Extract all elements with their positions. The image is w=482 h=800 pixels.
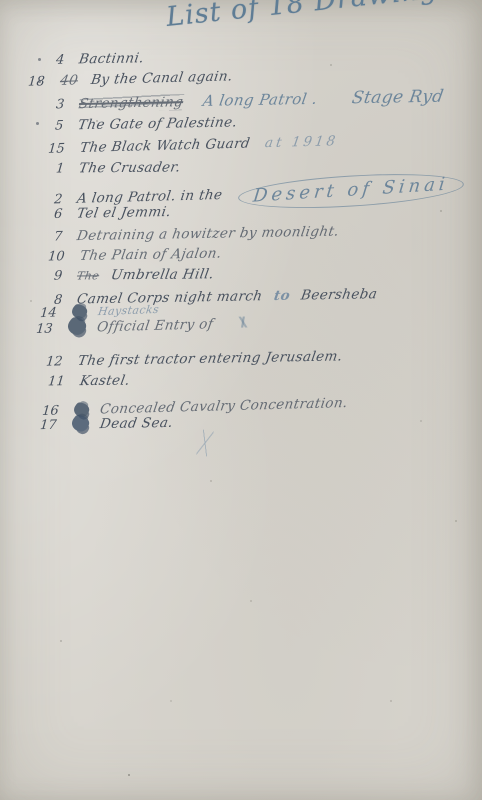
item-number: 15 (48, 141, 66, 156)
list-item: 18 40 By the Canal again. (28, 65, 233, 89)
item-number: 7 (53, 229, 63, 244)
list-item: 10 The Plain of Ajalon. (48, 242, 222, 264)
list-item: 15 The Black Watch Guard at 1918 (48, 130, 338, 157)
list-item: 7 Detraining a howitzer by moonlight. (54, 221, 340, 245)
paper-specks (0, 0, 2, 2)
item-number: 1 (55, 161, 65, 176)
item-number: 3 (55, 97, 65, 112)
item-text: The Black Watch Guard (79, 135, 251, 156)
pencil-annotation: to (273, 288, 292, 304)
list-item: 9 The Umbrella Hill. (54, 263, 214, 283)
list-item: 11 Kastel. (48, 370, 130, 390)
item-text: The Gate of Palestine. (77, 114, 239, 133)
item-number: 11 (47, 374, 65, 389)
item-text: Kastel. (78, 373, 131, 389)
pencil-circle: Desert of Sinai (237, 169, 464, 214)
illegible-scrawl (226, 316, 260, 328)
list-item: 1 The Crusader. (56, 156, 181, 176)
list-item: 17 Dead Sea. (40, 412, 173, 433)
list-item: 6 Tel el Jemmi. (54, 201, 172, 222)
item-text: Beersheba (300, 286, 379, 303)
item-number: 12 (45, 354, 63, 369)
item-number: 5 (54, 118, 64, 133)
pencil-scribble (196, 429, 213, 457)
ink-dot (36, 122, 39, 125)
pencil-annotation: A long Patrol . (201, 90, 318, 110)
list-item: 4 Bactinni. (56, 47, 145, 68)
page-title: List of 18 Drawings (165, 0, 482, 33)
struck-text: 40 (59, 72, 79, 89)
item-text: Dead Sea. (98, 415, 174, 432)
item-text: Official Entry of (96, 316, 215, 335)
struck-text: The (76, 269, 100, 282)
manuscript-page: List of 18 Drawings 4 Bactinni. 18 40 By… (0, 0, 482, 800)
item-text: Bactinni. (78, 50, 145, 67)
list-item: 5 The Gate of Palestine. (55, 111, 238, 133)
item-text: Umbrella Hill. (109, 266, 215, 283)
item-text: The first tractor entering Jerusalem. (76, 348, 343, 369)
item-text: Tel el Jemmi. (76, 204, 172, 222)
item-number: 13 (35, 321, 53, 336)
item-number: 17 (39, 418, 57, 433)
item-text: The Plain of Ajalon. (78, 245, 222, 264)
item-text: By the Canal again. (90, 68, 234, 88)
ink-dot (38, 58, 41, 61)
ink-blot (66, 316, 87, 336)
item-number: 6 (53, 207, 63, 222)
struck-text: Strengthening (78, 94, 185, 112)
item-number: 9 (53, 269, 63, 284)
pencil-annotation: at 1918 (264, 133, 340, 151)
item-number: 10 (47, 249, 65, 264)
item-text: Detraining a howitzer by moonlight. (76, 223, 341, 244)
list-item: 3 Strengthening A long Patrol . Stage Ry… (56, 87, 444, 114)
list-item: 12 The first tractor entering Jerusalem. (46, 345, 342, 369)
pencil-annotation: Desert of Sinai (252, 174, 450, 207)
item-text: The Crusader. (78, 159, 182, 176)
pencil-annotation: Stage Ryd (350, 87, 445, 109)
item-number: 18 (27, 74, 45, 89)
item-number: 4 (55, 53, 65, 68)
ink-blot (70, 414, 90, 433)
